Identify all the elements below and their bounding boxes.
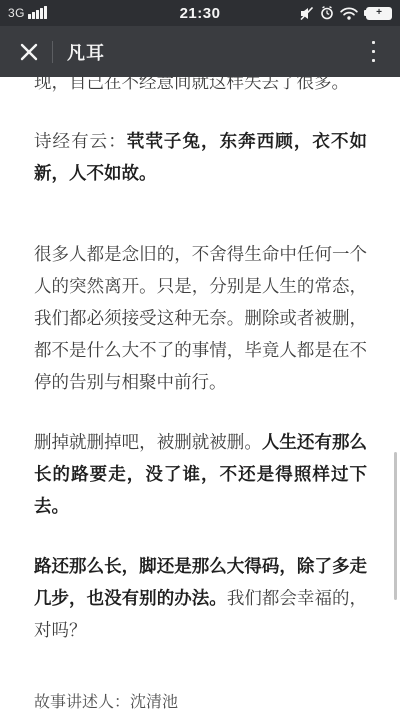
status-icons: + [300, 6, 392, 20]
page-title: 凡耳 [67, 39, 105, 65]
article-content[interactable]: 现，自己在不经意间就这样失去了很多。 诗经有云：茕茕子兔，东奔西顾，衣不如新，人… [0, 77, 400, 711]
paragraph-clipped: 现，自己在不经意间就这样失去了很多。 [34, 77, 367, 98]
mute-icon [300, 7, 314, 20]
status-bar: 3G 21:30 [0, 0, 400, 26]
scrollbar-thumb[interactable] [394, 452, 397, 600]
phone-screen: 3G 21:30 [0, 0, 400, 711]
more-options-button[interactable] [360, 35, 386, 69]
wifi-icon [340, 7, 358, 20]
alarm-clock-icon [320, 6, 334, 20]
nav-bar: 凡耳 [0, 26, 400, 77]
battery-charging-icon: + [364, 7, 392, 20]
paragraph-body: 删掉就删掉吧，被删就被删。人生还有那么长的路要走，没了谁，不还是得照样过下去。 [34, 426, 367, 522]
narrator-credit: 故事讲述人：沈清池 [34, 692, 367, 711]
paragraph-quote: 诗经有云：茕茕子兔，东奔西顾，衣不如新，人不如故。 [34, 125, 367, 189]
vertical-dots-icon [372, 41, 375, 44]
paragraph-body: 很多人都是念旧的，不舍得生命中任何一个人的突然离开。只是，分别是人生的常态，我们… [34, 238, 367, 398]
paragraph-body: 路还那么长，脚还是那么大得码，除了多走几步，也没有别的办法。我们都会幸福的，对吗… [34, 550, 367, 646]
nav-divider [52, 41, 53, 63]
close-button[interactable] [14, 37, 44, 67]
